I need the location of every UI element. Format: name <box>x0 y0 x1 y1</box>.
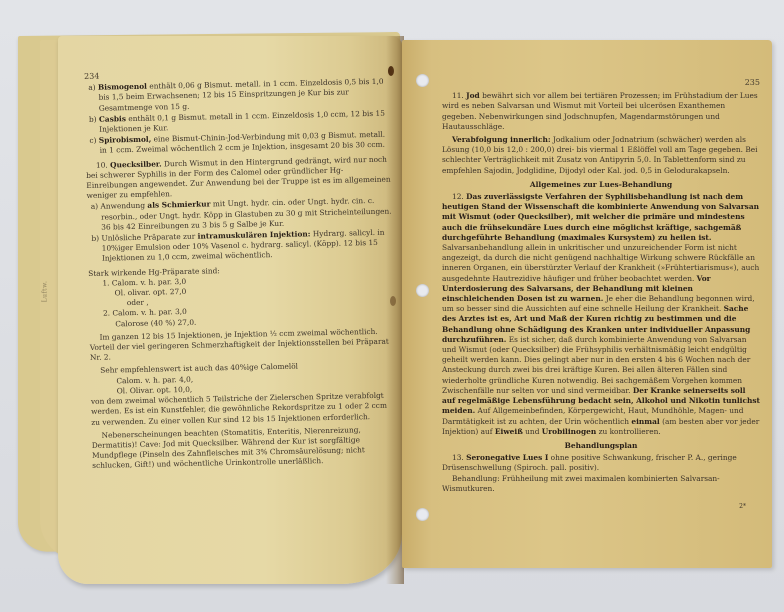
left-page-text: 234 a) Bismogenol enthält 0,06 g Bismut.… <box>84 66 398 472</box>
punch-hole-icon <box>416 284 429 297</box>
section-11: 11. Jod bewährt sich vor allem bei terti… <box>442 91 760 132</box>
section-10: 10. Quecksilber. Durch Wismut in den Hin… <box>86 154 393 201</box>
punch-hole-icon <box>416 508 429 521</box>
margin-note: Luftw. <box>41 281 48 303</box>
heading-plan: Behandlungsplan <box>442 441 760 451</box>
signature-mark: 2* <box>442 502 760 512</box>
heading-general: Allgemeines zur Lues-Behandlung <box>442 180 760 190</box>
right-page: 235 11. Jod bewährt sich vor allem bei t… <box>402 40 772 568</box>
paragraph-syringe: von dem zweimal wöchentlich 5 Teilstrich… <box>91 391 398 428</box>
right-page-text: 235 11. Jod bewährt sich vor allem bei t… <box>442 78 760 512</box>
section-12: 12. Das zuverlässigste Verfahren der Syp… <box>442 192 760 437</box>
internal-administration: Verabfolgung innerlich: Jodkalium oder J… <box>442 135 760 176</box>
sub-item-schmierkur: a) Anwendung als Schmierkur mit Ungt. hy… <box>87 196 394 233</box>
sub-item-injection: b) Unlösliche Präparate zur intramuskulä… <box>87 228 394 265</box>
paragraph-side-effects: Nebenerscheinungen beachten (Stomatitis,… <box>92 424 399 471</box>
section-13: 13. Seronegative Lues I ohne positive Sc… <box>442 453 760 473</box>
punch-hole-icon <box>416 74 429 87</box>
item-bismogenol: a) Bismogenol enthält 0,06 g Bismut. met… <box>84 77 391 114</box>
page-number-right: 235 <box>442 78 760 88</box>
section-13-treatment: Behandlung: Frühheilung mit zwei maximal… <box>442 474 760 494</box>
left-page: Luftw. 234 a) Bismogenol enthält 0,06 g … <box>58 36 402 584</box>
